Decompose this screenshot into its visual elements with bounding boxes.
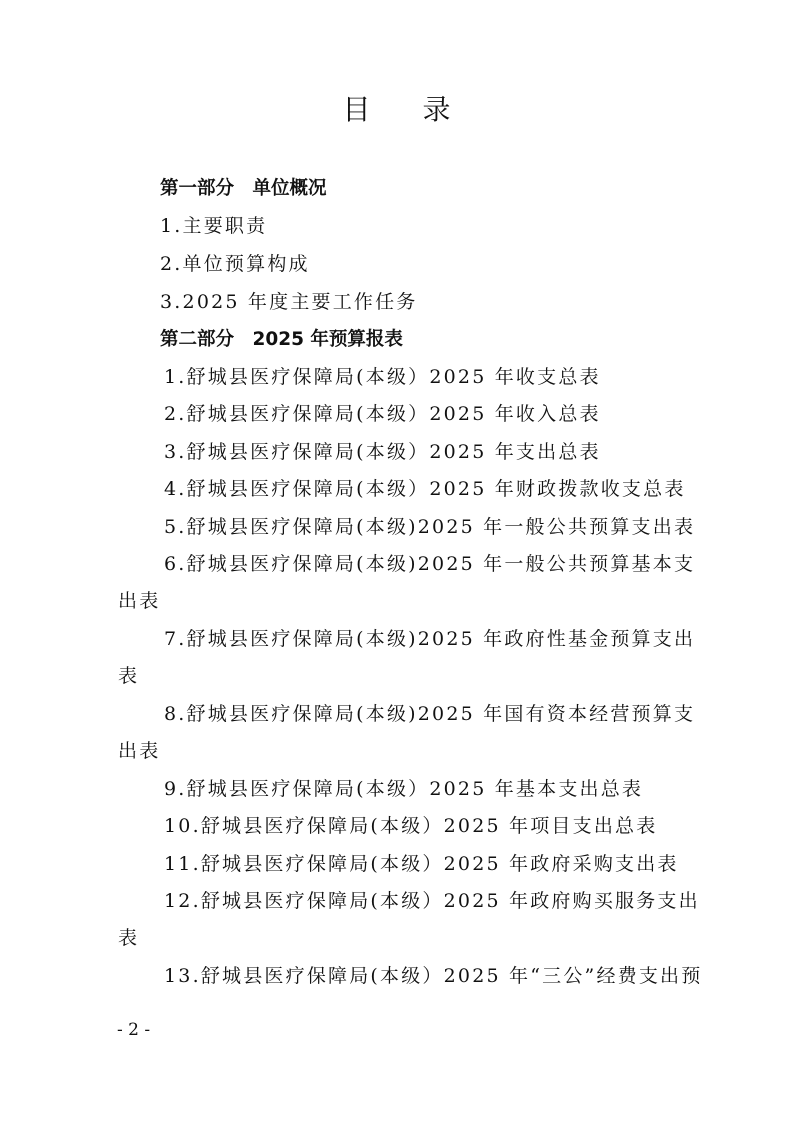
part2-item-11: 11.舒城县医疗保障局(本级）2025 年政府采购支出表	[164, 852, 679, 876]
part1-heading: 第一部分 单位概况	[160, 177, 327, 201]
part2-item-8: 8.舒城县医疗保障局(本级)2025 年国有资本经营预算支	[164, 702, 695, 726]
part2-item-3: 3.舒城县医疗保障局(本级）2025 年支出总表	[164, 440, 601, 464]
part2-item-7-cont: 表	[118, 664, 139, 688]
part2-item-6-cont: 出表	[118, 589, 160, 613]
toc-title: 目录	[0, 88, 793, 128]
part1-item-1: 1.主要职责	[160, 214, 267, 238]
part2-item-7: 7.舒城县医疗保障局(本级)2025 年政府性基金预算支出	[164, 627, 695, 651]
part2-item-4: 4.舒城县医疗保障局(本级）2025 年财政拨款收支总表	[164, 477, 686, 501]
part2-item-6: 6.舒城县医疗保障局(本级)2025 年一般公共预算基本支	[164, 552, 695, 576]
part2-item-12: 12.舒城县医疗保障局(本级）2025 年政府购买服务支出	[164, 889, 700, 913]
part2-item-8-cont: 出表	[118, 739, 160, 763]
part2-item-9: 9.舒城县医疗保障局(本级）2025 年基本支出总表	[164, 777, 643, 801]
toc-title-char-2: 录	[423, 88, 451, 128]
part2-item-5: 5.舒城县医疗保障局(本级)2025 年一般公共预算支出表	[164, 515, 695, 539]
part2-item-12-cont: 表	[118, 926, 139, 950]
toc-title-char-1: 目	[342, 88, 370, 128]
part2-heading: 第二部分 2025 年预算报表	[160, 328, 403, 352]
page-number: - 2 -	[117, 1020, 150, 1040]
part2-item-1: 1.舒城县医疗保障局(本级）2025 年收支总表	[164, 365, 601, 389]
part2-item-10: 10.舒城县医疗保障局(本级）2025 年项目支出总表	[164, 814, 657, 838]
part2-item-2: 2.舒城县医疗保障局(本级）2025 年收入总表	[164, 402, 601, 426]
part2-item-13: 13.舒城县医疗保障局(本级）2025 年“三公”经费支出预	[164, 964, 702, 988]
part1-item-3: 3.2025 年度主要工作任务	[160, 290, 418, 314]
part1-item-2: 2.单位预算构成	[160, 252, 310, 276]
